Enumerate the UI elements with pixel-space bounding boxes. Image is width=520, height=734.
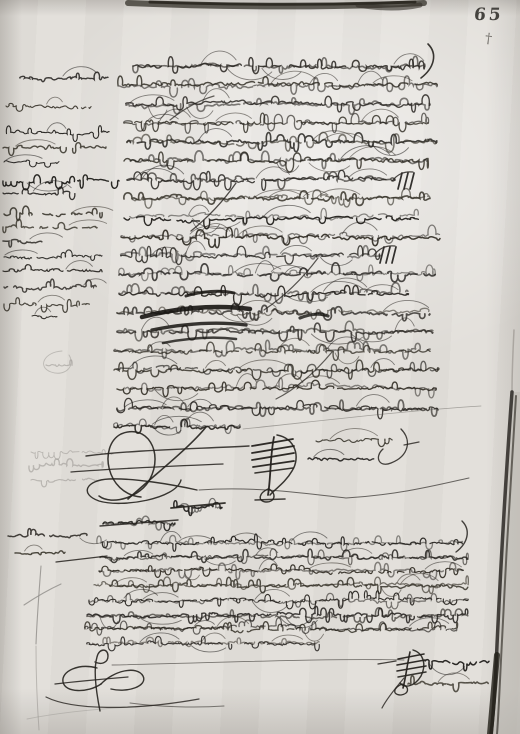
second-text-block	[85, 531, 469, 652]
pencil-faint-notes	[29, 360, 113, 487]
margin-note-lower	[8, 529, 106, 555]
main-text-block	[114, 51, 440, 435]
tally-marks	[374, 172, 414, 263]
bottom-right-signature-text	[408, 660, 490, 692]
signature-text-right	[308, 429, 392, 461]
margin-notes-upper	[3, 67, 119, 319]
scan-shadow-top	[128, 2, 424, 8]
handwriting-layer	[0, 0, 520, 734]
binding-edge	[489, 330, 520, 734]
bottom-left-rubric	[46, 650, 224, 711]
bottom-right-rubric	[378, 650, 426, 708]
manuscript-page: 65 †	[0, 0, 520, 734]
